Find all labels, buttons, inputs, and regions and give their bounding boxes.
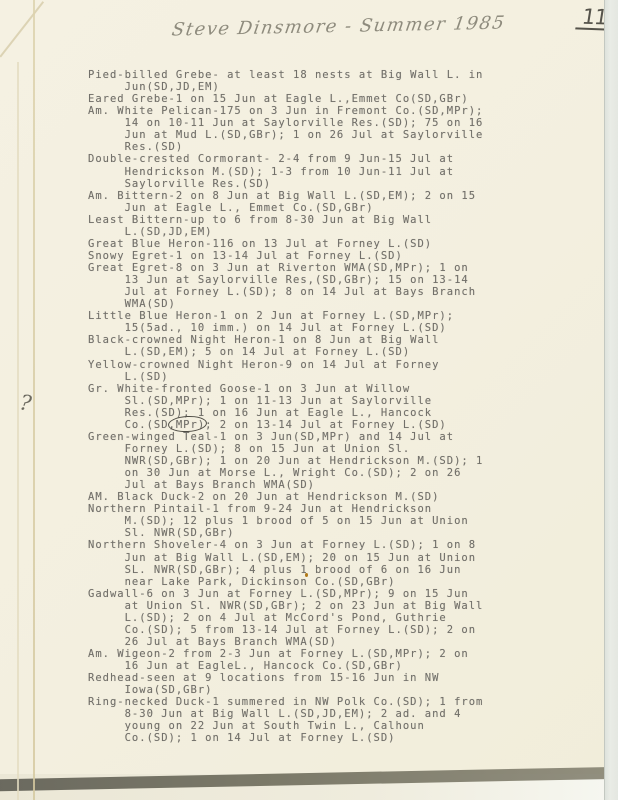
typed-line: Black-crowned Night Heron-1 on 8 Jun at …: [88, 334, 483, 346]
typed-line: Jun at Mud L.(SD,GBr); 1 on 26 Jul at Sa…: [88, 129, 483, 141]
typed-line: 26 Jul at Bays Branch WMA(SD): [88, 636, 483, 648]
typed-line: 14 on 10-11 Jun at Saylorville Res.(SD);…: [88, 117, 483, 129]
typed-line: NWR(SD,GBr); 1 on 20 Jun at Hendrickson …: [88, 455, 483, 467]
typed-line: Northern Pintail-1 from 9-24 Jun at Hend…: [88, 503, 483, 515]
typed-line: Res.(SD): [88, 141, 483, 153]
typed-line: Northern Shoveler-4 on 3 Jun at Forney L…: [88, 539, 483, 551]
typed-line: L.(SD): [88, 371, 483, 383]
typed-line: 13 Jun at Saylorville Res,(SD,GBr); 15 o…: [88, 274, 483, 286]
typed-line: Am. Bittern-2 on 8 Jun at Big Wall L.(SD…: [88, 190, 483, 202]
paper-fold-line-outer: [33, 0, 35, 800]
paper-crease-diagonal: [0, 1, 44, 57]
typed-line: SL. NWR(SD,GBr); 4 plus 1 brood of 6 on …: [88, 564, 483, 576]
typed-line: Eared Grebe-1 on 15 Jun at Eagle L.,Emme…: [88, 93, 483, 105]
typed-line: Least Bittern-up to 6 from 8-30 Jun at B…: [88, 214, 483, 226]
typed-line: Res.(SD); 1 on 16 Jun at Eagle L., Hanco…: [88, 407, 483, 419]
typed-line: Am. Wigeon-2 from 2-3 Jun at Forney L.(S…: [88, 648, 483, 660]
typed-line: Iowa(SD,GBr): [88, 684, 483, 696]
typed-line: L.(SD,JD,EM): [88, 226, 483, 238]
typed-line: Hendrickson M.(SD); 1-3 from 10 Jun-11 J…: [88, 166, 483, 178]
typed-line: Double-crested Cormorant- 2-4 from 9 Jun…: [88, 153, 483, 165]
typed-line: Little Blue Heron-1 on 2 Jun at Forney L…: [88, 310, 483, 322]
typed-line: Great Egret-8 on 3 Jun at Riverton WMA(S…: [88, 262, 483, 274]
typed-line: Jun at Eagle L., Emmet Co.(SD,GBr): [88, 202, 483, 214]
handwritten-title: Steve Dinsmore - Summer 1985: [170, 12, 507, 40]
typed-line: Green-winged Teal-1 on 3 Jun(SD,MPr) and…: [88, 431, 483, 443]
typed-line: Am. White Pelican-175 on 3 Jun in Fremon…: [88, 105, 483, 117]
typed-line: Co.(SD); 5 from 13-14 Jul at Forney L.(S…: [88, 624, 483, 636]
typed-line: Gr. White-fronted Goose-1 on 3 Jun at Wi…: [88, 383, 483, 395]
margin-question-mark: ?: [18, 390, 33, 415]
paper-fold-line-inner: [17, 62, 19, 800]
typed-line: Co.(SD,MPr); 2 on 13-14 Jul at Forney L.…: [88, 419, 483, 431]
typed-line: Jul at Forney L.(SD); 8 on 14 Jul at Bay…: [88, 286, 483, 298]
typed-line: Sl. NWR(SD,GBr): [88, 527, 483, 539]
typed-line: WMA(SD): [88, 298, 483, 310]
typed-line: Saylorville Res.(SD): [88, 178, 483, 190]
typed-report-text: Pied-billed Grebe- at least 18 nests at …: [88, 69, 483, 745]
stray-ink-dot: [305, 573, 308, 577]
typed-line: L.(SD,EM); 5 on 14 Jul at Forney L.(SD): [88, 346, 483, 358]
typed-line: Jul at Bays Branch WMA(SD): [88, 479, 483, 491]
typed-line: near Lake Park, Dickinson Co.(SD,GBr): [88, 576, 483, 588]
typed-line: L.(SD); 2 on 4 Jul at McCord's Pond, Gut…: [88, 612, 483, 624]
typed-line: 16 Jun at EagleL., Hancock Co.(SD,GBr): [88, 660, 483, 672]
typed-line: 15(5ad., 10 imm.) on 14 Jul at Forney L.…: [88, 322, 483, 334]
typed-line: at Union Sl. NWR(SD,GBr); 2 on 23 Jun at…: [88, 600, 483, 612]
typed-line: Snowy Egret-1 on 13-14 Jul at Forney L.(…: [88, 250, 483, 262]
typed-line: Redhead-seen at 9 locations from 15-16 J…: [88, 672, 483, 684]
scan-right-edge: [604, 0, 618, 800]
typed-line: Ring-necked Duck-1 summered in NW Polk C…: [88, 696, 483, 708]
typed-line: Forney L.(SD); 8 on 15 Jun at Union Sl.: [88, 443, 483, 455]
typed-line: Co.(SD); 1 on 14 Jul at Forney L.(SD): [88, 732, 483, 744]
typed-line: 8-30 Jun at Big Wall L.(SD,JD,EM); 2 ad.…: [88, 708, 483, 720]
scanned-page: Steve Dinsmore - Summer 1985 11 ? Pied-b…: [0, 0, 618, 800]
typed-line: Pied-billed Grebe- at least 18 nests at …: [88, 69, 483, 81]
typed-line: Jun at Big Wall L.(SD,EM); 20 on 15 Jun …: [88, 552, 483, 564]
typed-line: Yellow-crowned Night Heron-9 on 14 Jul a…: [88, 359, 483, 371]
typed-line: Jun(SD,JD,EM): [88, 81, 483, 93]
typed-line: AM. Black Duck-2 on 20 Jun at Hendrickso…: [88, 491, 483, 503]
typed-line: Great Blue Heron-116 on 13 Jul at Forney…: [88, 238, 483, 250]
typed-line: young on 22 Jun at South Twin L., Calhou…: [88, 720, 483, 732]
typed-line: Gadwall-6 on 3 Jun at Forney L.(SD,MPr);…: [88, 588, 483, 600]
typed-line: on 30 Jun at Morse L., Wright Co.(SD); 2…: [88, 467, 483, 479]
typed-line: M.(SD); 12 plus 1 brood of 5 on 15 Jun a…: [88, 515, 483, 527]
typed-line: Sl.(SD,MPr); 1 on 11-13 Jun at Saylorvil…: [88, 395, 483, 407]
